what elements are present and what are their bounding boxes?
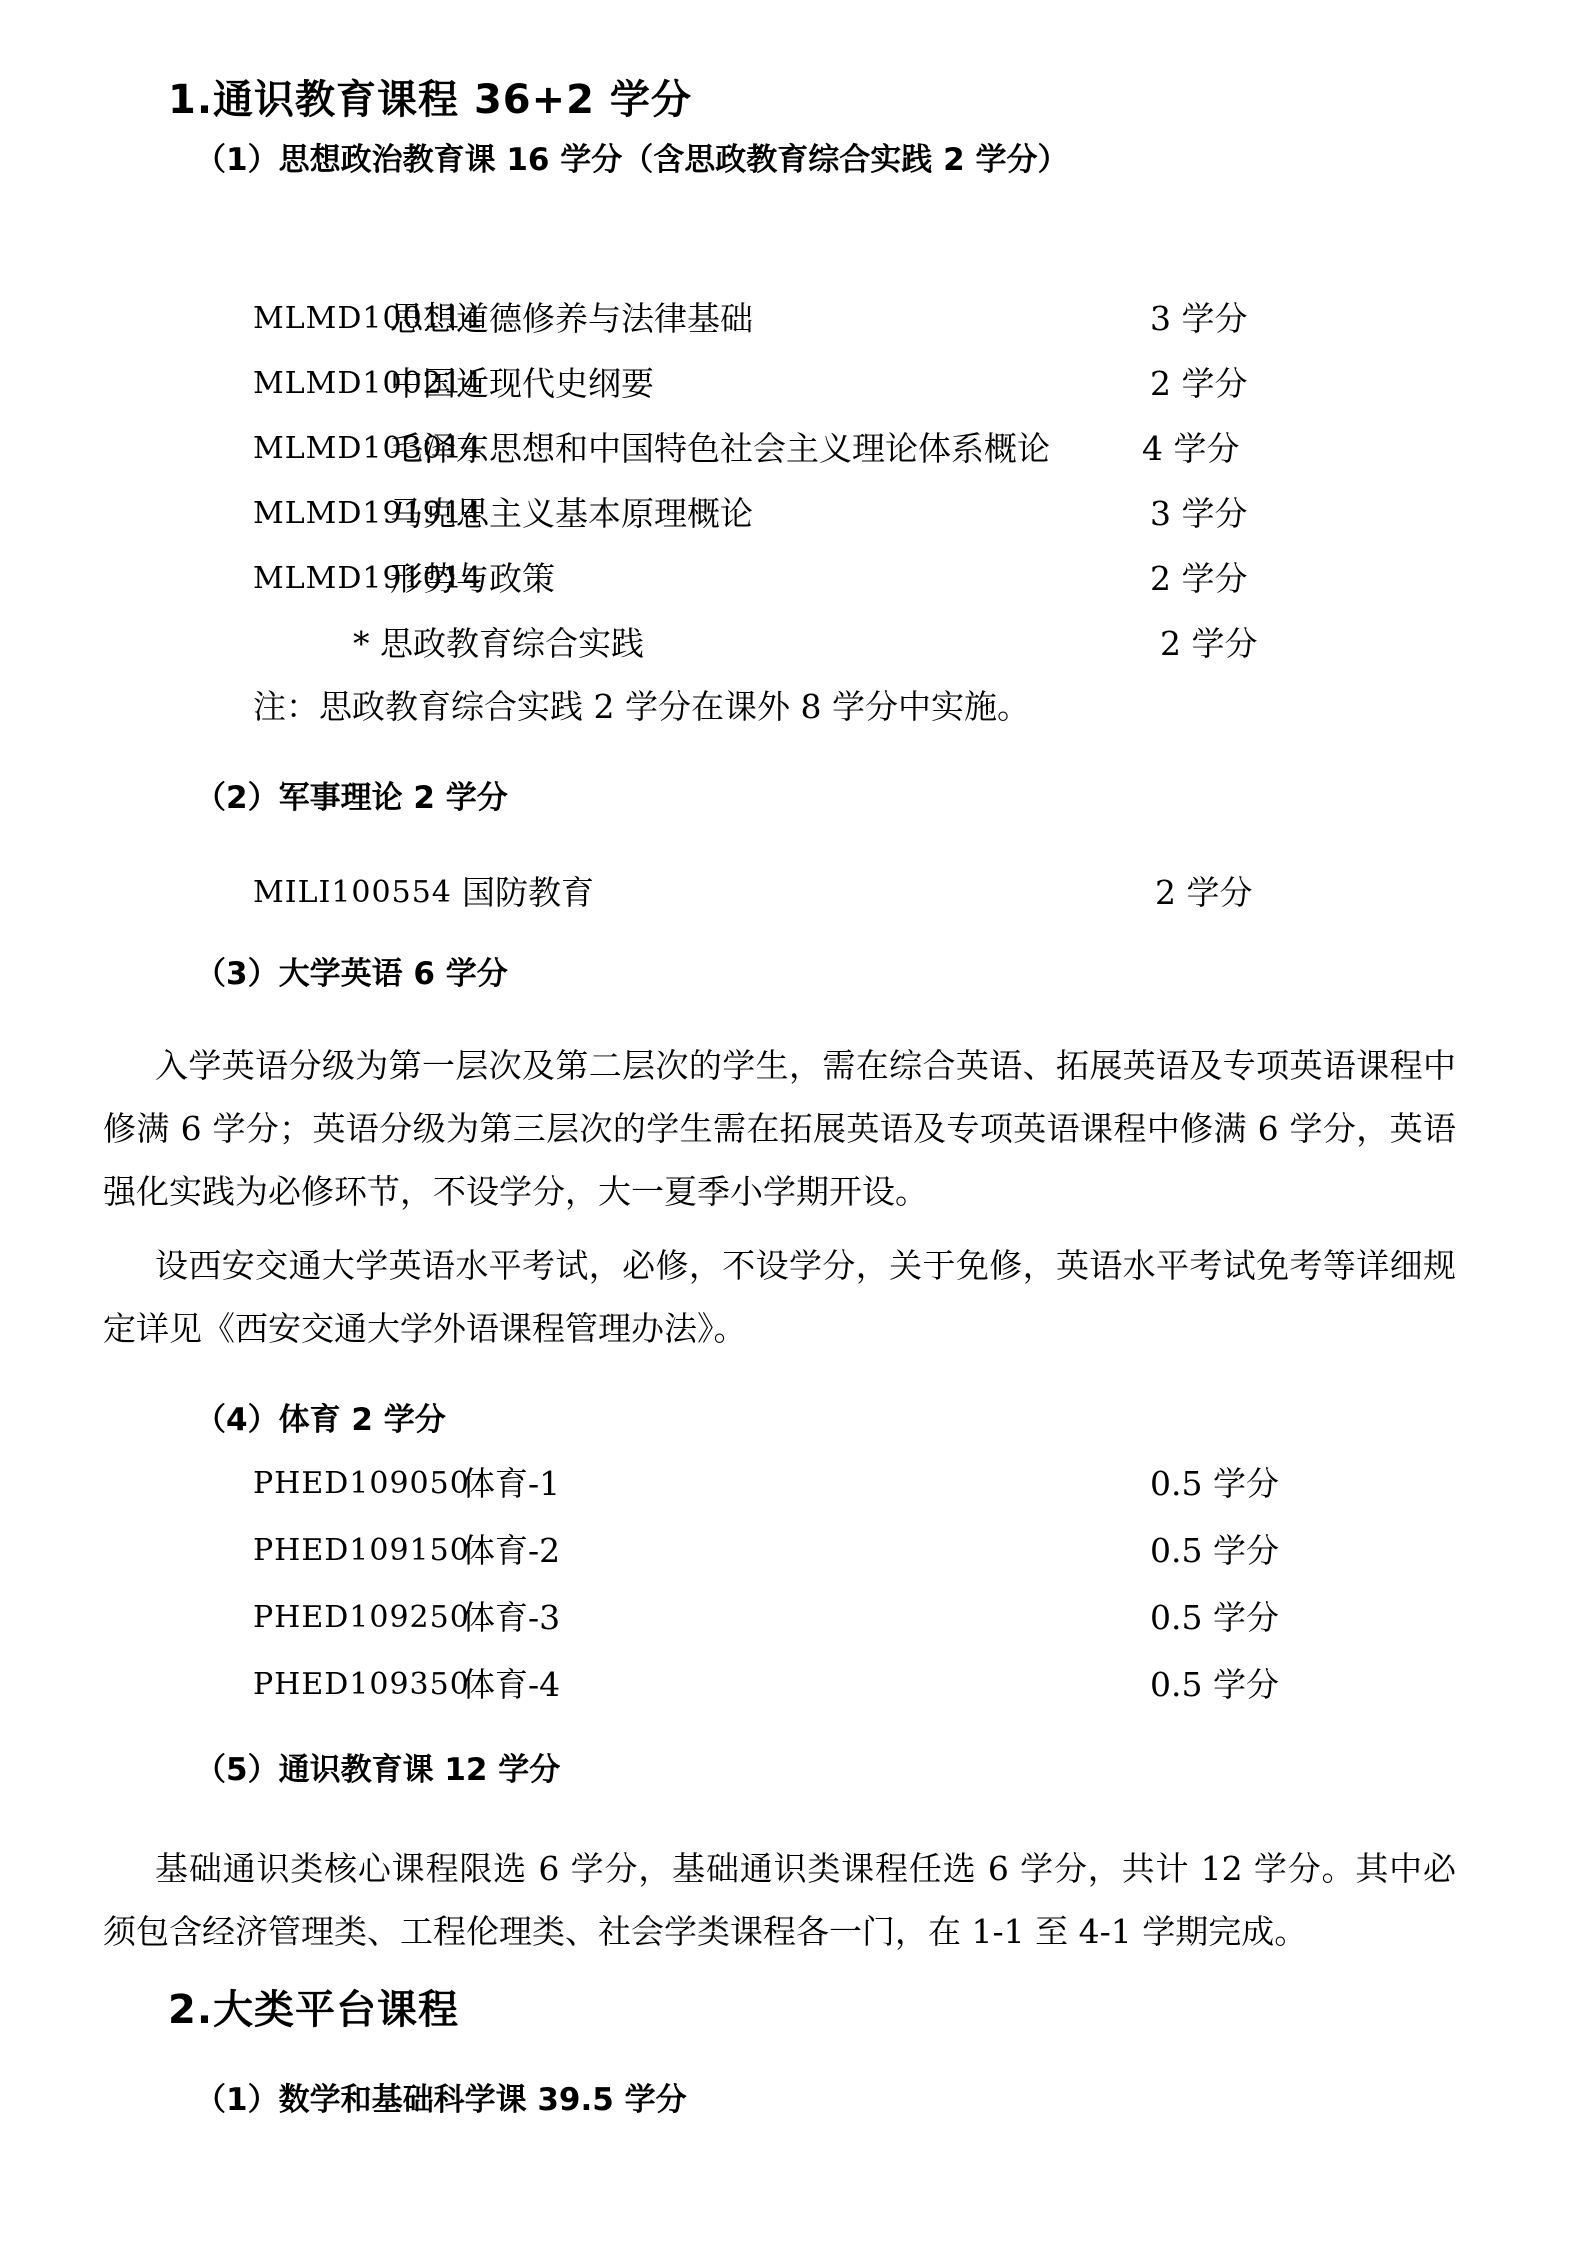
table-row: PHED109050 体育-1 0.5 学分 [0,1450,1588,1517]
course-name: 中国近现代史纲要 [390,351,654,416]
course-credit: 0.5 学分 [1150,1584,1279,1651]
section-1-heading: 1.通识教育课程 36+2 学分 [168,76,692,124]
course-code: PHED109150 [253,1517,470,1584]
course-name: 体育-1 [462,1450,560,1517]
course-name: 国防教育 [462,860,594,925]
subsection-heading-english: （3）大学英语 6 学分 [195,954,508,994]
subsection-heading-math-science: （1）数学和基础科学课 39.5 学分 [195,2080,687,2120]
table-row: PHED109350 体育-4 0.5 学分 [0,1651,1588,1718]
course-name: 马克思主义基本原理概论 [390,481,753,546]
course-name: 毛泽东思想和中国特色社会主义理论体系概论 [390,416,1050,481]
course-code: MILI100554 [253,860,452,925]
course-code: PHED109250 [253,1584,470,1651]
course-list-ideology: MLMD100114 思想道德修养与法律基础 3 学分 MLMD100214 中… [0,286,1588,676]
course-list-pe: PHED109050 体育-1 0.5 学分 PHED109150 体育-2 0… [0,1450,1588,1718]
table-row: PHED109250 体育-3 0.5 学分 [0,1584,1588,1651]
course-credit: 0.5 学分 [1150,1517,1279,1584]
english-paragraph-1: 入学英语分级为第一层次及第二层次的学生，需在综合英语、拓展英语及专项英语课程中修… [103,1034,1456,1223]
english-paragraph-2: 设西安交通大学英语水平考试，必修，不设学分，关于免修，英语水平考试免考等详细规定… [103,1234,1456,1360]
table-row: MLMD191914 马克思主义基本原理概论 3 学分 [0,481,1588,546]
course-credit: 2 学分 [1160,611,1258,676]
subsection-heading-military: （2）军事理论 2 学分 [195,778,508,818]
course-name: 思想道德修养与法律基础 [390,286,753,351]
course-credit: 2 学分 [1150,546,1248,611]
course-code: PHED109350 [253,1651,470,1718]
course-name: 体育-4 [462,1651,560,1718]
ideology-note: 注：思政教育综合实践 2 学分在课外 8 学分中实施。 [253,687,1030,727]
course-credit: 2 学分 [1155,860,1253,925]
subsection-heading-ideology: （1）思想政治教育课 16 学分（含思政教育综合实践 2 学分） [195,140,1068,180]
table-row: MILI100554 国防教育 2 学分 [0,860,1588,925]
course-credit: 4 学分 [1142,416,1240,481]
table-row: MLMD103014 毛泽东思想和中国特色社会主义理论体系概论 4 学分 [0,416,1588,481]
course-credit: 0.5 学分 [1150,1450,1279,1517]
table-row: PHED109150 体育-2 0.5 学分 [0,1517,1588,1584]
subsection-heading-pe: （4）体育 2 学分 [195,1400,446,1440]
course-credit: 2 学分 [1150,351,1248,416]
course-name: * 思政教育综合实践 [353,611,644,676]
table-row: * 思政教育综合实践 2 学分 [0,611,1588,676]
course-credit: 3 学分 [1150,286,1248,351]
course-code: PHED109050 [253,1450,470,1517]
document-page: 1.通识教育课程 36+2 学分 （1）思想政治教育课 16 学分（含思政教育综… [0,0,1588,2245]
course-name: 体育-2 [462,1517,560,1584]
table-row: MLMD100214 中国近现代史纲要 2 学分 [0,351,1588,416]
table-row: MLMD191014 形势与政策 2 学分 [0,546,1588,611]
section-2-heading: 2.大类平台课程 [168,1986,459,2034]
general-ed-paragraph: 基础通识类核心课程限选 6 学分，基础通识类课程任选 6 学分，共计 12 学分… [103,1837,1456,1963]
table-row: MLMD100114 思想道德修养与法律基础 3 学分 [0,286,1588,351]
course-name: 体育-3 [462,1584,560,1651]
subsection-heading-general-ed: （5）通识教育课 12 学分 [195,1750,560,1790]
course-list-military: MILI100554 国防教育 2 学分 [0,860,1588,925]
course-credit: 0.5 学分 [1150,1651,1279,1718]
course-name: 形势与政策 [390,546,555,611]
course-credit: 3 学分 [1150,481,1248,546]
